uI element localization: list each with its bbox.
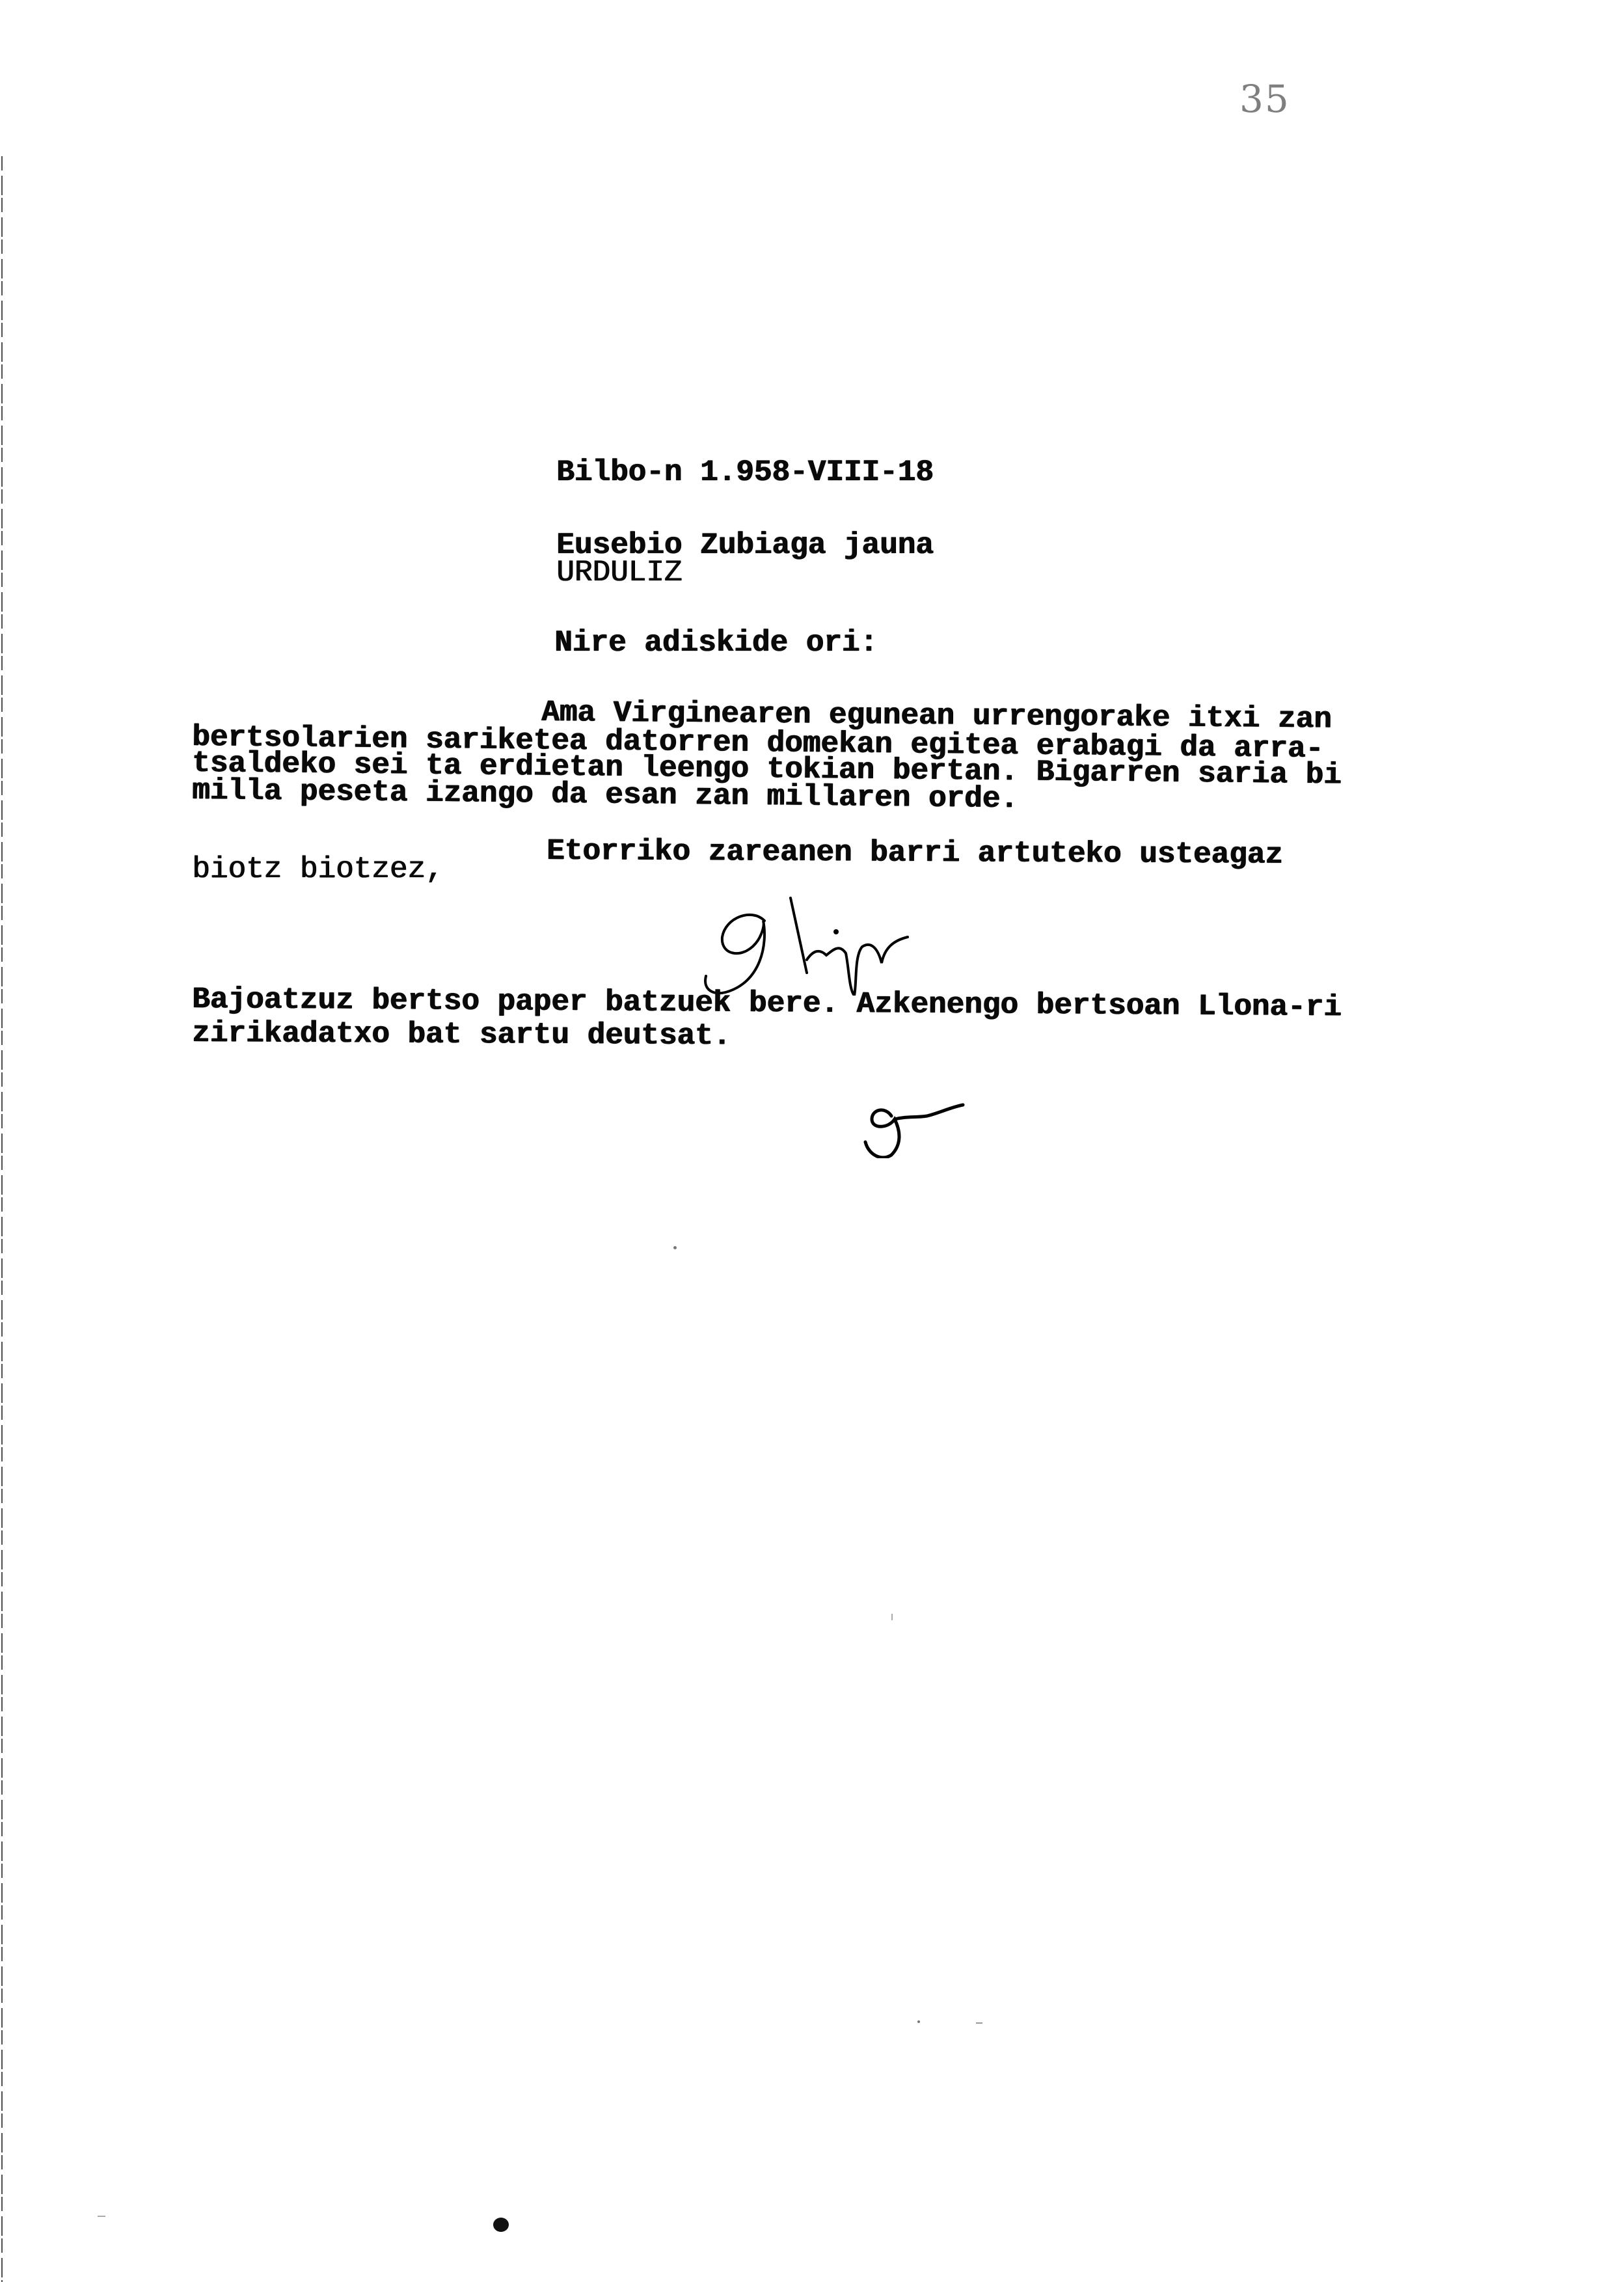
scan-edge-line bbox=[1, 156, 3, 2282]
page-number: 35 bbox=[1239, 77, 1290, 121]
scan-speck bbox=[891, 1614, 893, 1620]
postscript-line: zirikadatxo bat sartu deutsat. bbox=[192, 1018, 731, 1051]
initial-signature-icon bbox=[836, 1080, 966, 1158]
closing: biotz biotzez, bbox=[192, 854, 443, 884]
salutation: Nire adiskide ori: bbox=[554, 628, 878, 658]
body-closing-line: Etorriko zareanen barri artuteko usteaga… bbox=[547, 836, 1283, 870]
date-line: Bilbo-n 1.958-VIII-18 bbox=[556, 457, 934, 487]
letter-page: 35 Bilbo-n 1.958-VIII-18 Eusebio Zubiaga… bbox=[0, 0, 1624, 2282]
body-line: milla peseta izango da esan zan millaren… bbox=[192, 776, 1018, 814]
recipient-place: URDULIZ bbox=[556, 558, 682, 588]
scan-speck bbox=[673, 1246, 677, 1249]
scan-speck bbox=[98, 2216, 105, 2217]
scan-speck bbox=[976, 2022, 982, 2024]
ink-dot bbox=[493, 2218, 509, 2232]
scan-speck bbox=[917, 2020, 920, 2023]
signature-icon bbox=[686, 885, 914, 996]
